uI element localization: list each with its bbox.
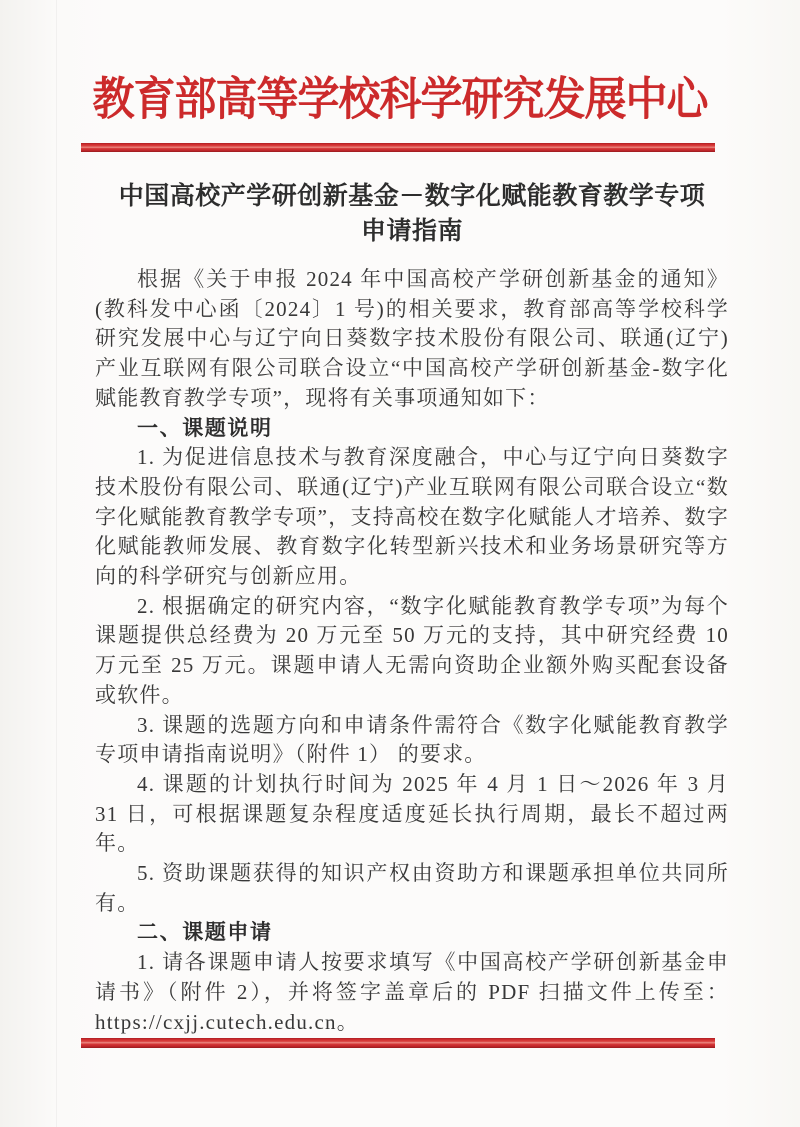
document-body: 根据《关于申报 2024 年中国高校产学研创新基金的通知》(教科发中心函〔202… [95,265,729,1037]
scan-edge-artifact [56,0,57,1127]
document-title: 中国高校产学研创新基金－数字化赋能教育教学专项 申请指南 [95,179,729,249]
paragraph-section1-item5: 5. 资助课题获得的知识产权由资助方和课题承担单位共同所有。 [95,859,729,918]
footer-double-rule [81,1038,715,1048]
scanned-document-page: 教育部高等学校科学研究发展中心 中国高校产学研创新基金－数字化赋能教育教学专项 … [0,0,800,1127]
letterhead-org-name: 教育部高等学校科学研究发展中心 [0,70,800,130]
paragraph-section1-item1: 1. 为促进信息技术与教育深度融合，中心与辽宁向日葵数字技术股份有限公司、联通(… [95,443,729,592]
document-title-line1: 中国高校产学研创新基金－数字化赋能教育教学专项 [119,183,706,210]
section-heading-2: 二、课题申请 [95,918,729,948]
paragraph-section1-item2: 2. 根据确定的研究内容，“数字化赋能教育教学专项”为每个课题提供总经费为 20… [95,592,729,711]
section-heading-1: 一、课题说明 [95,414,729,444]
paragraph-section2-item1: 1. 请各课题申请人按要求填写《中国高校产学研创新基金申请书》（附件 2），并将… [95,948,729,1037]
letterhead-double-rule [81,143,715,152]
paragraph-section1-item3: 3. 课题的选题方向和申请条件需符合《数字化赋能教育教学专项申请指南说明》（附件… [95,711,729,770]
document-title-line2: 申请指南 [361,218,463,245]
paragraph-intro: 根据《关于申报 2024 年中国高校产学研创新基金的通知》(教科发中心函〔202… [95,265,729,414]
paragraph-section1-item4: 4. 课题的计划执行时间为 2025 年 4 月 1 日～2026 年 3 月 … [95,770,729,859]
